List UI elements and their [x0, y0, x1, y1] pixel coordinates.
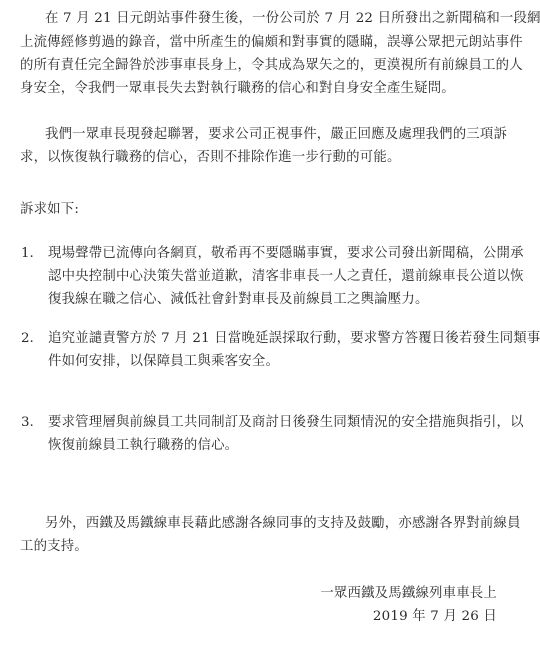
text-line: 我們一眾車長現發起聯署，要求公司正視事件，嚴正回應及處理我們的三項訴 [45, 126, 507, 144]
text-line: 身安全，令我們一眾車長失去對執行職務的信心和對自身安全產生疑問。 [20, 80, 455, 98]
text-line: 求，以恢復執行職務的信心，否則不排除作進一步行動的可能。 [20, 149, 401, 167]
text-line: 另外，西鐵及馬鐵線車長藉此感謝各線同事的支持及鼓勵，亦感謝各界對前線員 [45, 515, 521, 533]
text-line: 認中央控制中心決策失當並道歉，清客非車長一人之責任，還前線車長公道以恢 [48, 268, 524, 286]
text-line: 恢復前線員工執行職務的信心。 [48, 437, 238, 455]
text-line: 上流傳經修剪過的錄音，當中所產生的偏頗和對事實的隱瞞，誤導公眾把元朗站事件 [20, 34, 523, 52]
text-line: 件如何安排，以保障員工與乘客安全。 [48, 353, 279, 371]
text-line: 復我線在職之信心、減低社會針對車長及前線員工之輿論壓力。 [48, 291, 429, 309]
demand-number: 1. [21, 245, 34, 263]
text-line: 要求管理層與前線員工共同制訂及商討日後發生同類情況的安全措施與指引，以 [48, 414, 524, 432]
demand-number: 2. [21, 330, 34, 348]
demand-number: 3. [21, 414, 34, 432]
text-line: 追究並譴責警方於 7 月 21 日當晚延誤採取行動，要求警方答覆日後若發生同類事 [48, 330, 540, 348]
demands-heading: 訴求如下: [20, 201, 79, 219]
text-line: 工的支持。 [20, 538, 88, 556]
date: 2019 年 7 月 26 日 [373, 608, 497, 626]
text-line: 在 7 月 21 日元朗站事件發生後，一份公司於 7 月 22 日所發出之新聞稿… [45, 10, 540, 28]
text-line: 現場聲帶已流傳向各網頁，敬希再不要隱瞞事實，要求公司發出新聞稿，公開承 [48, 245, 524, 263]
text-line: 的所有責任完全歸咎於涉事車長身上，令其成為眾矢之的，更漠視所有前線員工的人 [20, 57, 523, 75]
signature: 一眾西鐵及馬鐵線列車車長上 [320, 585, 497, 603]
